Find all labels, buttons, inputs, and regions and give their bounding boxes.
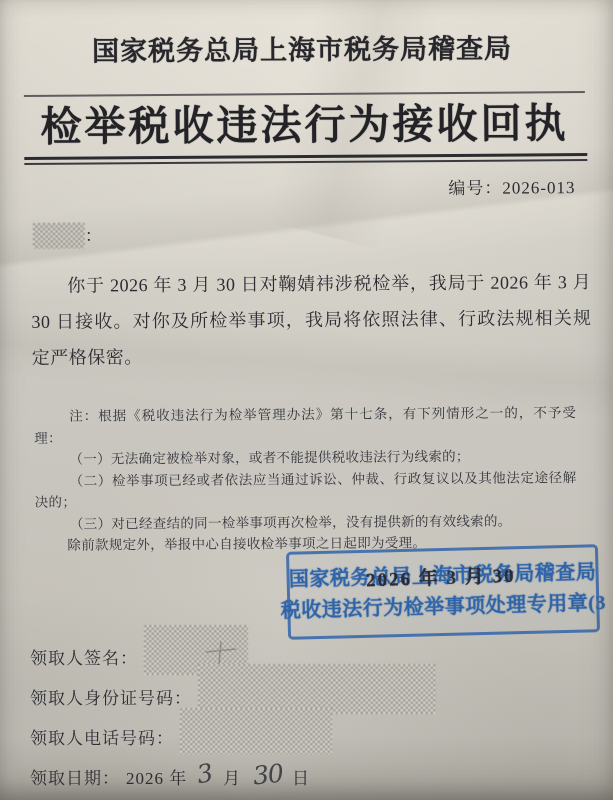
date-row: 领取日期： 2026 年 3 月 30 日 — [30, 756, 593, 796]
official-stamp: 国家税务总局上海市税务局稽查局 税收违法行为检举事项处理专用章(3 — [286, 544, 600, 640]
month-unit: 月 — [223, 764, 241, 789]
doc-number-value: 2026-013 — [502, 178, 575, 198]
date-label: 领取日期： — [30, 764, 120, 789]
id-number-redacted — [198, 664, 436, 714]
stamp-line-2: 税收违法行为检举事项处理专用章(3 — [280, 588, 606, 627]
body-paragraph: 你于 2026 年 3 月 30 日对鞠婧祎涉税检举，我局于 2026 年 3 … — [31, 264, 592, 376]
doc-number-label: 编号： — [448, 179, 502, 198]
notes-block: 注：根据《税收违法行为检举管理办法》第十七条，有下列情形之一的，不予受理： （一… — [34, 402, 577, 556]
note-item-2: （二）检举事项已经或者依法应当通过诉讼、仲裁、行政复议以及其他法定途径解决的； — [34, 467, 576, 514]
title-rule-bottom — [24, 153, 587, 165]
pickup-section: 领取人签名： 领取人身份证号码： 领取人电话号码： 领取日期： 2026 年 3… — [30, 636, 593, 796]
doc-number-row: 编号：2026-013 — [28, 173, 575, 202]
id-label: 领取人身份证号码： — [30, 684, 192, 709]
salutation-row: ： — [33, 218, 588, 252]
phone-number-redacted — [180, 708, 332, 754]
day-unit: 日 — [292, 764, 310, 789]
note-intro: 注：根据《税收违法行为检举管理办法》第十七条，有下列情形之一的，不予受理： — [34, 402, 576, 449]
agency-header: 国家税务总局上海市税务局稽查局 — [27, 26, 576, 69]
salutation-colon: ： — [85, 226, 102, 245]
document-title: 检举税收违法行为接收回执 — [28, 95, 581, 155]
recipient-name-redacted — [33, 223, 85, 249]
phone-label: 领取人电话号码： — [30, 724, 174, 749]
handwritten-day: 30 — [252, 760, 284, 788]
handwritten-month: 3 — [195, 759, 216, 787]
date-year: 2026 年 — [126, 764, 187, 789]
document-photo: 国家税务总局上海市税务局稽查局 检举税收违法行为接收回执 编号：2026-013… — [0, 0, 613, 800]
note-item-3: （三）对已经查结的同一检举事项再次检举，没有提供新的有效线索的。 — [35, 510, 577, 535]
signature-label: 领取人签名： — [30, 644, 138, 669]
phone-row: 领取人电话号码： — [30, 716, 593, 756]
stamp-overlap-date: 2026 年 3 月 30 — [366, 561, 516, 593]
